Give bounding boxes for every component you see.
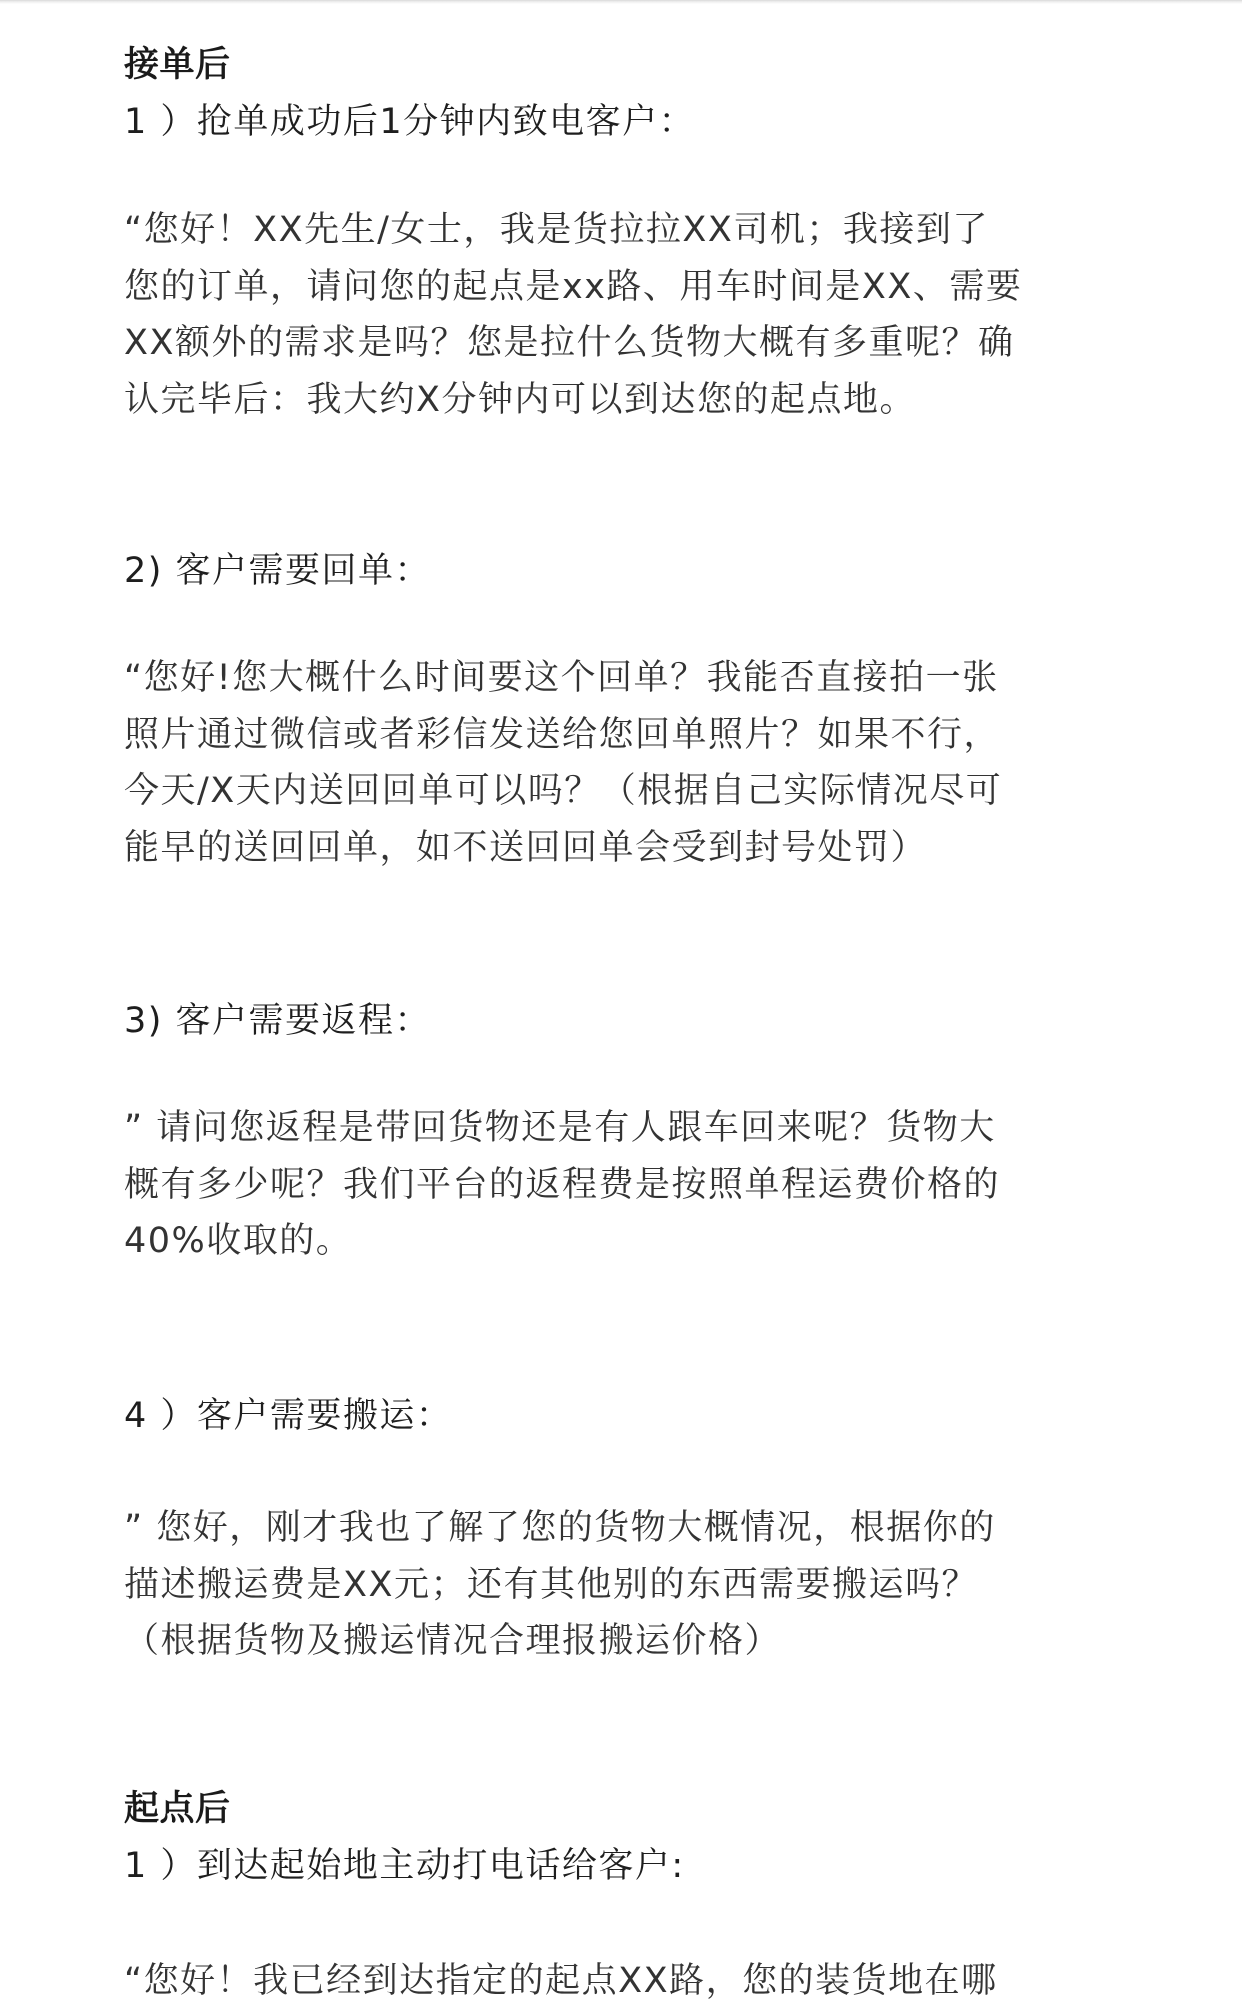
quote-line: ” 请问您返程是带回货物还是有人跟车回来呢？货物大 xyxy=(124,1100,1124,1157)
quote-line: “您好!您大概什么时间要这个回单？我能否直接拍一张 xyxy=(124,650,1124,707)
quote-line: 能早的送回回单，如不送回回单会受到封号处罚） xyxy=(124,820,1124,877)
quote-line: ” 您好，刚才我也了解了您的货物大概情况，根据你的 xyxy=(124,1500,1124,1557)
quote-return-trip: ” 请问您返程是带回货物还是有人跟车回来呢？货物大 概有多少呢？我们平台的返程费… xyxy=(124,1100,1124,1270)
quote-line: “您好！我已经到达指定的起点XX路，您的装货地在哪 xyxy=(124,1953,1124,2010)
quote-line: 您的订单，请问您的起点是xx路、用车时间是XX、需要 xyxy=(124,259,1124,316)
section-heading-text: 接单后 xyxy=(124,37,1124,94)
item-title-text: 3) 客户需要返程： xyxy=(124,993,1124,1050)
item-title-receipt: 2) 客户需要回单： xyxy=(124,543,1124,600)
quote-line: （根据货物及搬运情况合理报搬运价格） xyxy=(124,1613,1124,1670)
section-heading-after-arrival: 起点后 xyxy=(124,1781,1124,1838)
quote-line: 认完毕后：我大约X分钟内可以到达您的起点地。 xyxy=(124,372,1124,429)
item-title-text: 2) 客户需要回单： xyxy=(124,543,1124,600)
quote-line: 概有多少呢？我们平台的返程费是按照单程运费价格的 xyxy=(124,1157,1124,1214)
quote-arrive-call: “您好！我已经到达指定的起点XX路，您的装货地在哪 xyxy=(124,1953,1124,2010)
top-edge-shadow xyxy=(0,0,1242,4)
item-title-text: 4 ）客户需要搬运： xyxy=(124,1388,1124,1445)
item-title-arrive-call: 1 ）到达起始地主动打电话给客户: xyxy=(124,1838,1124,1895)
quote-receipt: “您好!您大概什么时间要这个回单？我能否直接拍一张 照片通过微信或者彩信发送给您… xyxy=(124,650,1124,876)
item-title-text: 1 ）抢单成功后1分钟内致电客户： xyxy=(124,94,1124,151)
quote-line: XX额外的需求是吗？您是拉什么货物大概有多重呢？确 xyxy=(124,315,1124,372)
item-title-text: 1 ）到达起始地主动打电话给客户: xyxy=(124,1838,1124,1895)
item-title-return-trip: 3) 客户需要返程： xyxy=(124,993,1124,1050)
quote-line: 照片通过微信或者彩信发送给您回单照片？如果不行， xyxy=(124,707,1124,764)
section-heading-after-accepting: 接单后 xyxy=(124,37,1124,94)
item-title-call-customer: 1 ）抢单成功后1分钟内致电客户： xyxy=(124,94,1124,151)
quote-line: 今天/X天内送回回单可以吗？（根据自己实际情况尽可 xyxy=(124,763,1124,820)
quote-line: 描述搬运费是XX元；还有其他别的东西需要搬运吗？ xyxy=(124,1557,1124,1614)
quote-carrying: ” 您好，刚才我也了解了您的货物大概情况，根据你的 描述搬运费是XX元；还有其他… xyxy=(124,1500,1124,1670)
quote-call-customer: “您好！XX先生/女士，我是货拉拉XX司机；我接到了 您的订单，请问您的起点是x… xyxy=(124,202,1124,428)
section-heading-text: 起点后 xyxy=(124,1781,1124,1838)
quote-line: “您好！XX先生/女士，我是货拉拉XX司机；我接到了 xyxy=(124,202,1124,259)
item-title-carrying: 4 ）客户需要搬运： xyxy=(124,1388,1124,1445)
quote-line: 40%收取的。 xyxy=(124,1213,1124,1270)
